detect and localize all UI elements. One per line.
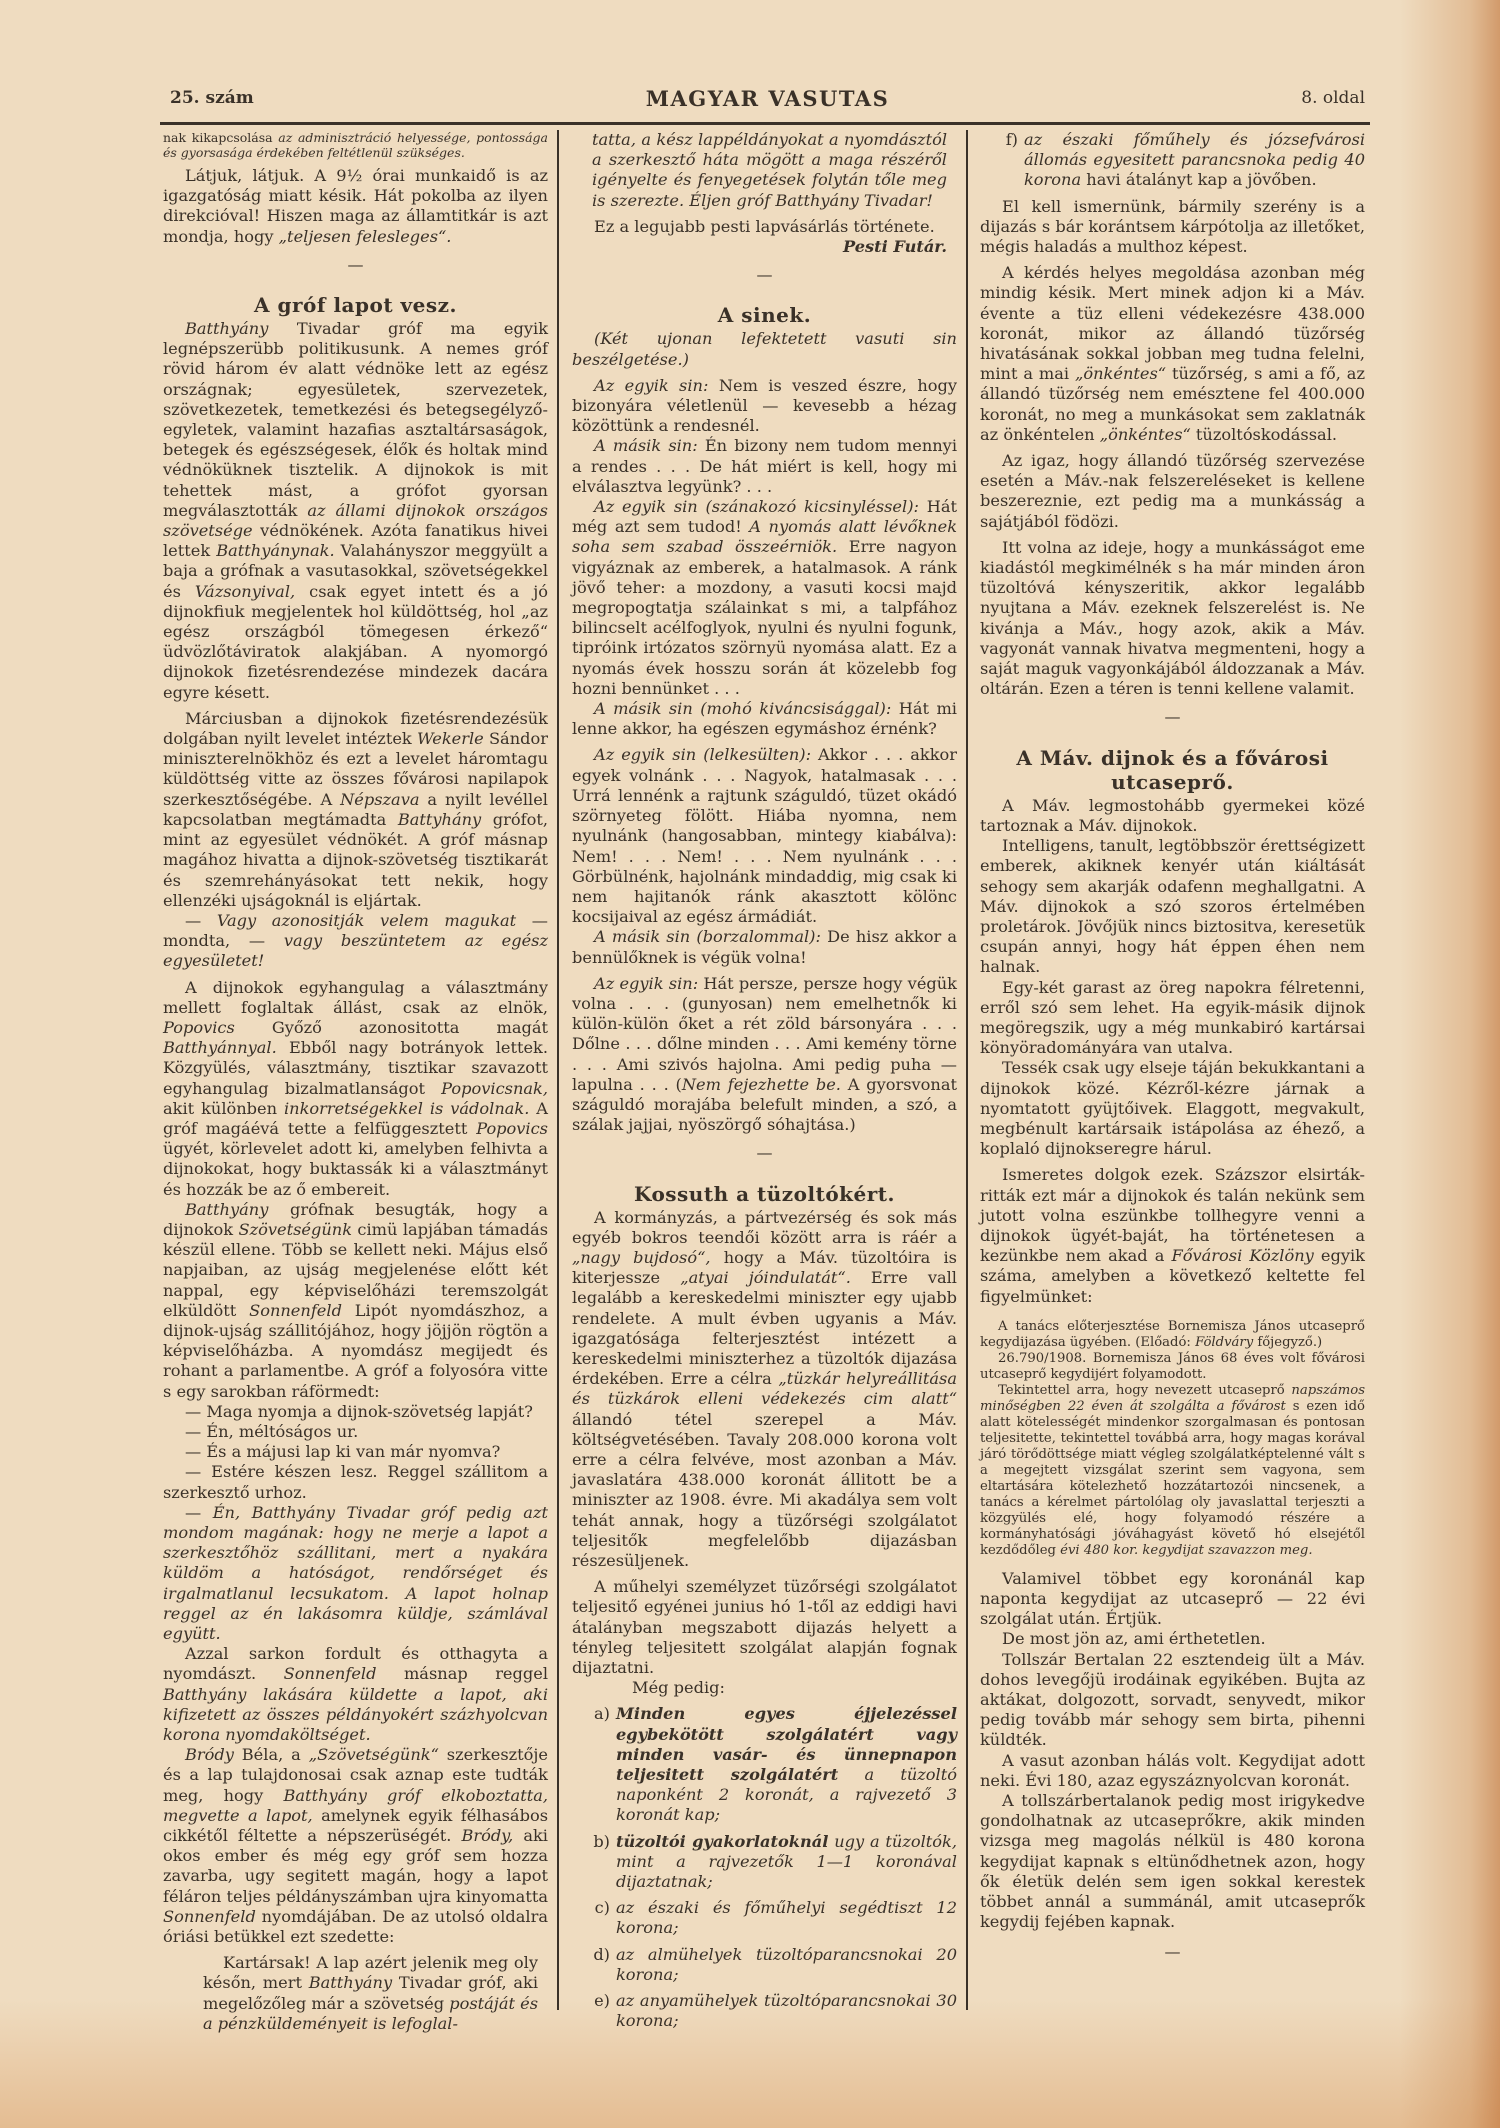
list-text: tüzoltói gyakorlatoknál ugy a tüzoltók, … (616, 1832, 957, 1893)
italic-text: Popovics (476, 1119, 548, 1138)
bold-text: tüzoltói gyakorlatoknál (616, 1832, 828, 1851)
text: Győző azonositotta magát (235, 1018, 548, 1037)
paragraph: Márciusban a dijnokok fizetésrendezésük … (163, 709, 548, 911)
italic-text: „nagy bujdosó“, (572, 1248, 711, 1267)
dialog-line: Az egyik sin: Hát persze, persze hogy vé… (572, 974, 957, 1136)
list-label: f) (980, 130, 1024, 191)
paragraph: A dijnokok egyhangulag a választmány mel… (163, 978, 548, 1200)
paragraph: A kérdés helyes megoldása azonban még mi… (980, 263, 1365, 445)
speaker: Az egyik sin (lelkesülten): (594, 745, 811, 764)
masthead-title: MAGYAR VASUTAS (170, 86, 1365, 111)
text: A kormányzás, a pártvezérség és sok más … (572, 1208, 957, 1247)
page-header: 25. szám MAGYAR VASUTAS 8. oldal (170, 88, 1365, 118)
column-middle: tatta, a kész lappéldányokat a nyomdászt… (572, 130, 957, 2031)
paragraph: Látjuk, látjuk. A 9½ órai munkaidő is az… (163, 166, 548, 247)
text: Tekintettel arra, hogy nevezett utcasepr… (998, 1383, 1291, 1398)
paragraph: nak kikapcsolása az adminisztráció helye… (163, 130, 548, 160)
italic-text: Batthyány (185, 319, 268, 338)
list-label: b) (572, 1832, 616, 1893)
paragraph: Azzal sarkon fordult és otthagyta a nyom… (163, 1644, 548, 1745)
text: másnap reggel (376, 1664, 548, 1683)
paragraph: — Vagy azonositják velem magukat — mondt… (163, 911, 548, 972)
signature: Pesti Futár. (572, 237, 957, 257)
italic-text: „Szövetségünk“ (309, 1745, 439, 1764)
paragraph: Itt volna az ideje, hogy a munkásságot e… (980, 538, 1365, 700)
italic-text: Vázsonyival, (195, 582, 295, 601)
italic-text: Batthyánynak. (216, 541, 334, 560)
text: s ezen idő alatt kötelességét mindenkor … (980, 1399, 1365, 1558)
page-number: 8. oldal (1301, 88, 1365, 108)
dialog-line: — Én, méltóságos ur. (163, 1422, 548, 1442)
text: — (185, 1503, 213, 1522)
paragraph: tatta, a kész lappéldányokat a nyomdászt… (592, 130, 947, 211)
list-item: b)tüzoltói gyakorlatoknál ugy a tüzoltók… (572, 1832, 957, 1893)
list-item: c)az északi és főműhelyi segédtiszt 12 k… (572, 1898, 957, 1938)
paragraph: Tekintettel arra, hogy nevezett utcasepr… (980, 1383, 1365, 1559)
speaker: A másik sin: (594, 436, 698, 455)
list-item: a)Minden egyes éjjelezéssel egybekötött … (572, 1704, 957, 1825)
italic-text: évi 480 kor. kegydijat szavazzon meg. (1060, 1543, 1312, 1558)
article-title-kossuth: Kossuth a tüzoltókért. (572, 1182, 957, 1206)
paragraph: Batthyány grófnak besugták, hogy a dijno… (163, 1200, 548, 1402)
paragraph: El kell ismernünk, bármily szerény is a … (980, 197, 1365, 258)
list-text: az északi főműhely és józsefvárosi állom… (1024, 130, 1365, 191)
dialog-line: A másik sin (borzalommal): De hisz akkor… (572, 927, 957, 967)
paragraph: — Én, Batthyány Tivadar gróf pedig azt m… (163, 1503, 548, 1644)
article-title-a-sinek: A sinek. (572, 303, 957, 327)
italic-text: Nem fejezhette be. (682, 1075, 841, 1094)
italic-text: Popovicsnak, (441, 1079, 548, 1098)
paragraph: De most jön az, ami érthetetlen. (980, 1629, 1365, 1649)
article-title-mav-dijnok: A Máv. dijnok és a fővárosi utcaseprő. (980, 746, 1365, 794)
list-label: c) (572, 1898, 616, 1938)
dialog-line: — És a májusi lap ki van már nyomva? (163, 1442, 548, 1462)
italic-text: Batthyány lakására küldette a lapot, aki… (163, 1685, 548, 1744)
paragraph: A vasut azonban hálás volt. Kegydijat ad… (980, 1751, 1365, 1791)
column-divider (966, 130, 968, 2010)
italic-text: Wekerle (417, 729, 484, 748)
text: Tivadar gróf ma egyik legnépszerübb poli… (163, 319, 548, 520)
italic-text: „atyai jóindulatát“. (680, 1268, 851, 1287)
italic-text: Földváry (1195, 1335, 1253, 1350)
paragraph: A tanács előterjesztése Bornemisza János… (980, 1319, 1365, 1351)
section-separator: — (572, 1143, 957, 1163)
list-item: e)az anyamühelyek tüzoltóparancsnokai 30… (572, 1991, 957, 2031)
paragraph: A kormányzás, a pártvezérség és sok más … (572, 1208, 957, 1572)
paragraph: A műhelyi személyzet tüzőrségi szolgálat… (572, 1577, 957, 1678)
section-separator: — (163, 255, 548, 275)
dialog-line: Az egyik sin (szánakozó kicsinyléssel): … (572, 497, 957, 699)
paragraph: Intelligens, tanult, legtöbbször érettsé… (980, 836, 1365, 977)
italic-text: Fővárosi Közlöny (1172, 1246, 1314, 1265)
italic-text: Én, Batthyány Tivadar gróf pedig azt mon… (163, 1503, 548, 1643)
list-text: az északi és főműhelyi segédtiszt 12 kor… (616, 1898, 957, 1938)
list-item: f)az északi főműhely és józsefvárosi áll… (980, 130, 1365, 191)
paragraph: A tollszárbertalanok pedig most irigyked… (980, 1791, 1365, 1932)
italic-text: Bródy (185, 1745, 234, 1764)
italic-text: „teljesen felesleges“. (279, 227, 452, 246)
text: főjegyző.) (1253, 1335, 1322, 1350)
text: akit különben (163, 1099, 284, 1118)
speaker: Az egyik sin (szánakozó kicsinyléssel): (594, 497, 919, 516)
italic-text: Batthyánnyal. (163, 1038, 277, 1057)
italic-text: Vagy azonositják velem magukat (217, 911, 516, 930)
block-quote: tatta, a kész lappéldányokat a nyomdászt… (572, 130, 957, 211)
text: állandó tétel szerepel a Máv. költségvet… (572, 1410, 957, 1570)
text: Béla, a (234, 1745, 309, 1764)
paragraph: Batthyány Tivadar gróf ma egyik legnépsz… (163, 319, 548, 703)
italic-text: Sonnenfeld (249, 1301, 342, 1320)
column-right: f)az északi főműhely és józsefvárosi áll… (980, 130, 1365, 1981)
italic-text: inkorretségekkel is vádolnak. (284, 1099, 529, 1118)
dialog-line: A másik sin: Én bizony nem tudom mennyi … (572, 436, 957, 497)
paragraph: Ismeretes dolgok ezek. Százszor elsirták… (980, 1165, 1365, 1306)
text: A dijnokok egyhangulag a választmány mel… (163, 978, 548, 1017)
paragraph: A Máv. legmostohább gyermekei közé tarto… (980, 796, 1365, 836)
list-label: a) (572, 1704, 616, 1825)
paragraph: Egy-két garast az öreg napokra félretenn… (980, 978, 1365, 1059)
article-title-grof-lapot-vesz: A gróf lapot vesz. (163, 293, 548, 317)
paragraph: Bródy Béla, a „Szövetségünk“ szerkesztőj… (163, 1745, 548, 1947)
list-text: az almühelyek tüzoltóparancsnokai 20 kor… (616, 1945, 957, 1985)
dialog-line: Az egyik sin (lelkesülten): Akkor . . . … (572, 745, 957, 927)
list-text: Minden egyes éjjelezéssel egybekötött sz… (616, 1704, 957, 1825)
dialog-line: — Maga nyomja a dijnok-szövetség lapját? (163, 1402, 548, 1422)
dialog-line: Az egyik sin: Nem is veszed észre, hogy … (572, 376, 957, 437)
text: nak kikapcsolása (163, 130, 278, 145)
list-item: d)az almühelyek tüzoltóparancsnokai 20 k… (572, 1945, 957, 1985)
italic-text: „önkéntes“ (1075, 364, 1166, 383)
italic-text: Popovics (163, 1018, 235, 1037)
speaker: Az egyik sin: (594, 974, 698, 993)
italic-text: Sonnenfeld (163, 1907, 256, 1926)
paragraph: Ez a legujabb pesti lapvásárlás történet… (572, 217, 957, 237)
italic-text: Battyhány (398, 810, 481, 829)
text: Akkor . . . akkor egyek volnánk . . . Na… (572, 745, 957, 926)
paragraph: 26.790/1908. Bornemisza János 68 éves vo… (980, 1351, 1365, 1383)
speaker: Az egyik sin: (594, 376, 708, 395)
italic-text: Batthyány (185, 1200, 268, 1219)
dialog-line: A másik sin (mohó kiváncsisággal): Hát m… (572, 699, 957, 739)
italic-text: Batthyány (309, 1973, 392, 1992)
paragraph: Tessék csak ugy elseje táján bekukkantan… (980, 1058, 1365, 1159)
text: — (185, 911, 217, 930)
paragraph: Tollszár Bertalan 22 esztendeig ült a Má… (980, 1650, 1365, 1751)
text: ügyét, körlevelet adott ki, amelyben fel… (163, 1139, 548, 1198)
text: Erre nagyon vigyáznak az emberek, a hata… (572, 537, 957, 697)
section-separator: — (572, 265, 957, 285)
section-separator: — (980, 707, 1365, 727)
list-text: az anyamühelyek tüzoltóparancsnokai 30 k… (616, 1991, 957, 2031)
italic-text: Szövetségünk (239, 1220, 353, 1239)
column-divider (557, 130, 559, 2010)
paragraph: Kartársak! A lap azért jelenik meg oly k… (203, 1953, 538, 2034)
text: havi átalányt kap a jövőben. (1081, 170, 1316, 189)
subtitle: (Két ujonan lefektetett vasuti sin beszé… (572, 329, 957, 369)
paragraph: Valamivel többet egy koronánál kap napon… (980, 1569, 1365, 1630)
italic-text: Bródy, (461, 1826, 513, 1845)
paragraph: Az igaz, hogy állandó tüzőrség szervezés… (980, 451, 1365, 532)
section-separator: — (980, 1942, 1365, 1962)
block-quote: Kartársak! A lap azért jelenik meg oly k… (163, 1953, 548, 2034)
speaker: A másik sin (borzalommal): (594, 927, 821, 946)
header-rule (160, 122, 1370, 125)
list-label: d) (572, 1945, 616, 1985)
speaker: A másik sin (mohó kiváncsisággal): (594, 699, 891, 718)
italic-text: „önkéntes“ (1100, 425, 1191, 444)
list-label: e) (572, 1991, 616, 2031)
italic-text: Népszava (340, 790, 419, 809)
paragraph: Még pedig: (572, 1678, 957, 1698)
dialog-line: — Estére készen lesz. Reggel szállitom a… (163, 1462, 548, 1502)
quoted-notice: A tanács előterjesztése Bornemisza János… (980, 1319, 1365, 1559)
column-left: nak kikapcsolása az adminisztráció helye… (163, 130, 548, 2034)
text: tüzoltóskodással. (1191, 425, 1337, 444)
italic-text: Sonnenfeld (284, 1664, 377, 1683)
